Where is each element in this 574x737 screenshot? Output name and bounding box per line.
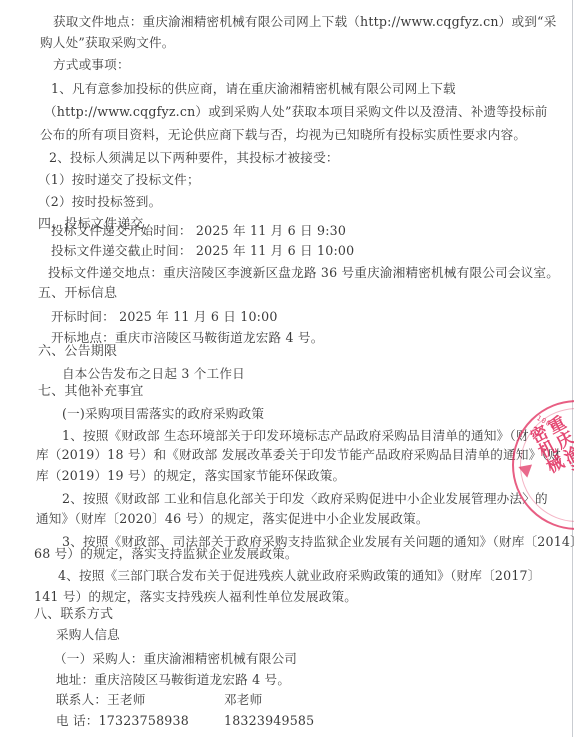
text-line: 采购人信息 (56, 627, 120, 643)
text-line: 18323949585 (224, 713, 314, 729)
section-heading: 六、公告期限 (38, 344, 117, 360)
text-line: （一）采购人：重庆渝湘精密机械有限公司 (54, 651, 297, 667)
text-line: 投标文件递交开始时间： 2025 年 11 月 6 日 9:30 (51, 223, 346, 239)
text-line: 库（2019）18 号）和《财政部 发展改革委关于印发节能产品政府采购品目清单的… (36, 447, 561, 463)
company-seal-stamp: 201009 重庆渝湘精密机械 (512, 400, 574, 530)
text-line: 通知》（财库〔2020〕46 号）的规定，落实促进中小企业发展政策。 (36, 511, 429, 527)
text-line: 自本公告发布之日起 3 个工作日 (62, 366, 245, 382)
section-heading: 七、其他补充事宜 (38, 384, 144, 400)
text-line: （http://www.cqgfyz.cn）或到采购人处”获取本项目采购文件以及… (44, 104, 548, 120)
text-line: （2）按时投标签到。 (38, 194, 161, 210)
text-line: 1、按照《财政部 生态环境部关于印发环境标志产品政府采购品目清单的通知》（财 (62, 428, 529, 444)
text-line: 1、凡有意参加投标的供应商，请在重庆渝湘精密机械有限公司网上下载 (51, 81, 456, 97)
document-page: 获取文件地点：重庆渝湘精密机械有限公司网上下载（http://www.cqgfy… (0, 0, 573, 737)
text-line: 方式或事项： (53, 57, 130, 73)
text-line: 地址：重庆涪陵区马鞍街道龙宏路 4 号。 (56, 672, 290, 688)
section-heading: 八、联系方式 (34, 607, 113, 623)
text-line: 开标时间： 2025 年 11 月 6 日 10:00 (51, 309, 278, 325)
text-line: 购人处”获取采购文件。 (40, 35, 175, 51)
text-line: 邓老师 (224, 692, 262, 708)
text-line: 141 号）的规定，落实支持残疾人福利性单位发展政策。 (34, 589, 357, 605)
section-heading: 五、开标信息 (38, 286, 117, 302)
text-line: （1）按时递交了投标文件； (38, 172, 200, 188)
text-line: 获取文件地点：重庆渝湘精密机械有限公司网上下载（http://www.cqgfy… (53, 14, 557, 30)
text-line: 联系人：王老师 (56, 692, 146, 708)
text-line: 投标文件递交地点：重庆涪陵区李渡新区盘龙路 36 号重庆渝湘精密机械有限公司会议… (48, 265, 559, 281)
text-line: (一)采购项目需落实的政府采购政策 (62, 406, 264, 422)
text-line: 电 话：17323758938 (56, 713, 189, 729)
text-line: 2、投标人须满足以下两种要件，其投标才被接受： (49, 150, 339, 166)
text-line: 68 号）的规定，落实支持监狱企业发展政策。 (34, 546, 298, 562)
text-line: 4、按照《三部门联合发布关于促进残疾人就业政府采购政策的通知》（财库〔2017〕 (58, 568, 541, 584)
text-line: 投标文件递交截止时间： 2025 年 11 月 6 日 10:00 (51, 243, 354, 259)
text-line: 库（2019）19 号）的规定，落实国家节能环保政策。 (36, 468, 345, 484)
text-line: 2、按照《财政部 工业和信息化部关于印发〈政府采购促进中小企业发展管理办法〉的 (62, 491, 548, 507)
text-line: 公布的所有项目资料，无论供应商下载与否，均视为已知晓所有投标实质性要求内容。 (40, 127, 526, 143)
